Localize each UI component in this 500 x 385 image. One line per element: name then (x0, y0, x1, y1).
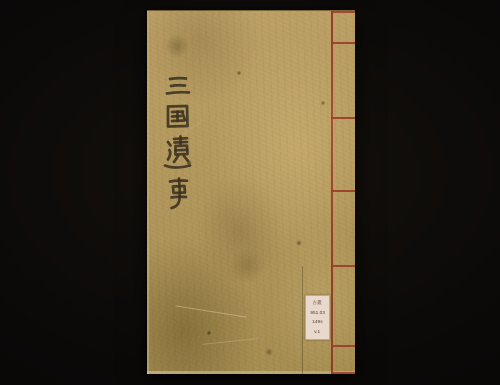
book-cover: 三國遺事 (147, 10, 355, 374)
label-line-1: 古叢 (313, 300, 323, 306)
photo-background: 三國遺事 (0, 0, 500, 385)
title-char-yu-icon (161, 135, 193, 171)
title-char-san-icon (162, 75, 192, 97)
binding-thread-vertical (331, 11, 333, 374)
call-number-label: 古叢 951.03 149s v.1 (305, 295, 330, 340)
title-char-sa-icon (162, 177, 192, 211)
scratch-line (202, 338, 257, 345)
binding-thread-top-wrap (331, 11, 355, 13)
binding-thread-bottom-wrap (331, 372, 355, 374)
label-line-2: 951.03 (310, 310, 325, 316)
title-char-guk-icon (162, 103, 192, 129)
cover-crease (302, 266, 303, 374)
binding-stitch-5 (331, 345, 355, 347)
binding-stitch-4 (331, 265, 355, 267)
binding-stitch-2 (331, 117, 355, 119)
label-line-3: 149s (312, 320, 322, 326)
scratch-line (175, 305, 246, 317)
binding-stitch-1 (331, 42, 355, 44)
label-line-4: v.1 (315, 329, 321, 335)
binding-stitch-3 (331, 190, 355, 192)
fore-edge-highlight (147, 11, 149, 374)
bottom-edge-highlight (147, 371, 355, 374)
cover-title: 三國遺事 (160, 75, 194, 211)
